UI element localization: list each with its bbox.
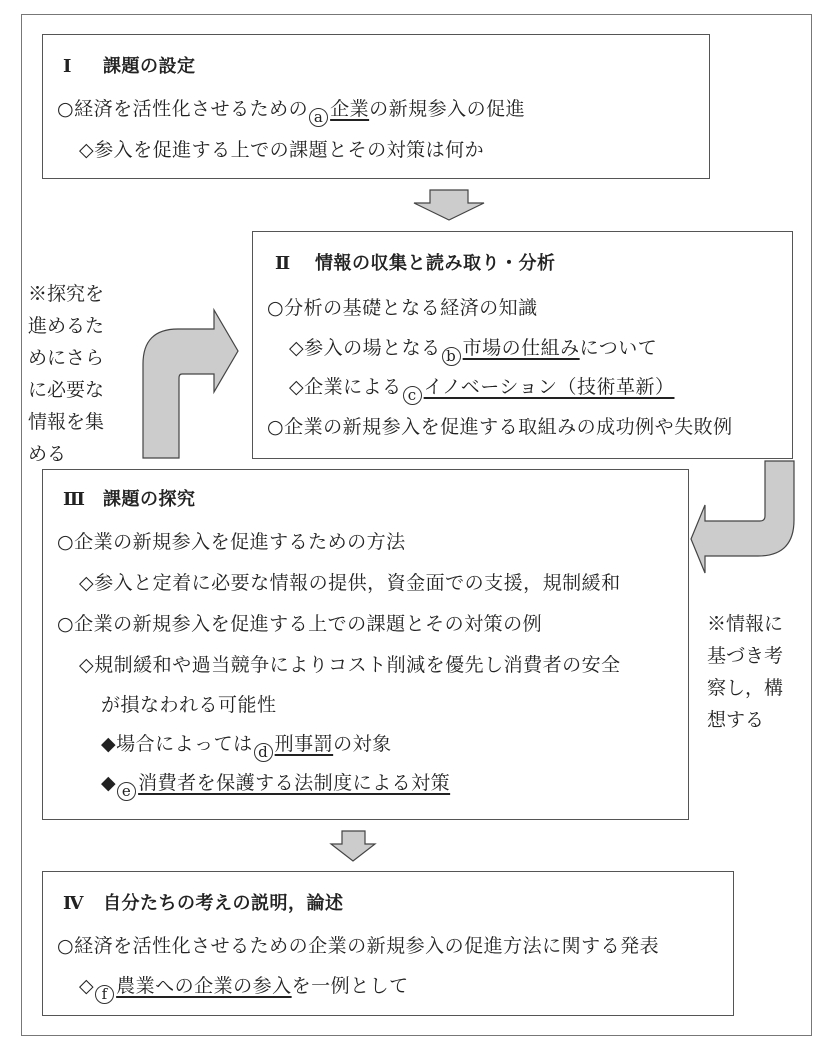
bent-arrow-down-left-icon: [690, 468, 796, 576]
section-3-line-3: ○企業の新規参入を促進する上での課題とその対策の例: [57, 612, 542, 636]
underlined-term-d: 刑事罰: [275, 733, 334, 755]
section-1-box: Ⅰ課題の設定 ○経済を活性化させるためのa企業の新規参入の促進 ◇参入を促進する…: [42, 34, 710, 179]
down-arrow-2-icon: [330, 830, 376, 862]
section-1-line-2: ◇参入を促進する上での課題とその対策は何か: [79, 138, 484, 162]
section-1-numeral: Ⅰ: [63, 55, 103, 79]
section-4-title: 自分たちの考えの説明，論述: [103, 893, 344, 914]
section-4-line-2: ◇f農業への企業の参入を一例として: [79, 974, 409, 998]
section-2-line-3: ◇企業によるcイノベーション（技術革新）: [289, 375, 674, 399]
bent-arrow-up-right-icon: [142, 309, 242, 459]
underlined-term-f: 農業への企業の参入: [116, 975, 292, 997]
section-1-title: 課題の設定: [103, 56, 196, 77]
section-3-heading: Ⅲ課題の探究: [63, 488, 196, 512]
underlined-term-b: 市場の仕組み: [463, 337, 580, 359]
section-2-line-1: ○分析の基礎となる経済の知識: [267, 296, 538, 320]
section-2-title: 情報の収集と読み取り・分析: [315, 253, 556, 274]
section-3-numeral: Ⅲ: [63, 488, 103, 512]
section-3-line-2: ◇参入と定着に必要な情報の提供，資金面での支援，規制緩和: [79, 571, 621, 595]
annotation-mark-e: e: [117, 782, 136, 801]
section-4-numeral: Ⅳ: [63, 892, 103, 916]
section-2-numeral: Ⅱ: [275, 252, 315, 276]
underlined-term-c: イノベーション（技術革新）: [424, 376, 675, 398]
note-left: ※探究を 進めるた めにさら に必要な 情報を集 める: [28, 278, 118, 470]
section-3-line-7: ◆e消費者を保護する法制度による対策: [101, 771, 450, 795]
section-2-heading: Ⅱ情報の収集と読み取り・分析: [275, 252, 556, 276]
section-3-box: Ⅲ課題の探究 ○企業の新規参入を促進するための方法 ◇参入と定着に必要な情報の提…: [42, 469, 689, 820]
section-2-line-4: ○企業の新規参入を促進する取組みの成功例や失敗例: [267, 415, 733, 439]
section-1-heading: Ⅰ課題の設定: [63, 55, 196, 79]
annotation-mark-d: d: [254, 743, 273, 762]
section-3-line-1: ○企業の新規参入を促進するための方法: [57, 530, 406, 554]
annotation-mark-a: a: [309, 108, 328, 127]
section-4-heading: Ⅳ自分たちの考えの説明，論述: [63, 892, 344, 916]
section-3-line-5: が損なわれる可能性: [101, 693, 277, 717]
section-1-line-1: ○経済を活性化させるためのa企業の新規参入の促進: [57, 97, 525, 121]
section-3-line-4: ◇規制緩和や過当競争によりコスト削減を優先し消費者の安全: [79, 653, 621, 677]
down-arrow-1-icon: [413, 189, 485, 221]
annotation-mark-b: b: [442, 347, 461, 366]
section-3-title: 課題の探究: [103, 489, 196, 510]
section-2-line-2: ◇参入の場となるb市場の仕組みについて: [289, 336, 657, 360]
annotation-mark-f: f: [95, 985, 114, 1004]
section-4-line-1: ○経済を活性化させるための企業の新規参入の促進方法に関する発表: [57, 934, 659, 958]
underlined-term-a: 企業: [330, 98, 369, 120]
underlined-term-e: 消費者を保護する法制度による対策: [138, 772, 450, 794]
section-4-box: Ⅳ自分たちの考えの説明，論述 ○経済を活性化させるための企業の新規参入の促進方法…: [42, 871, 734, 1016]
section-3-line-6: ◆場合によってはd刑事罰の対象: [101, 732, 392, 756]
section-2-box: Ⅱ情報の収集と読み取り・分析 ○分析の基礎となる経済の知識 ◇参入の場となるb市…: [252, 231, 793, 459]
annotation-mark-c: c: [403, 386, 422, 405]
note-right: ※情報に 基づき考 察し，構 想する: [707, 608, 797, 736]
